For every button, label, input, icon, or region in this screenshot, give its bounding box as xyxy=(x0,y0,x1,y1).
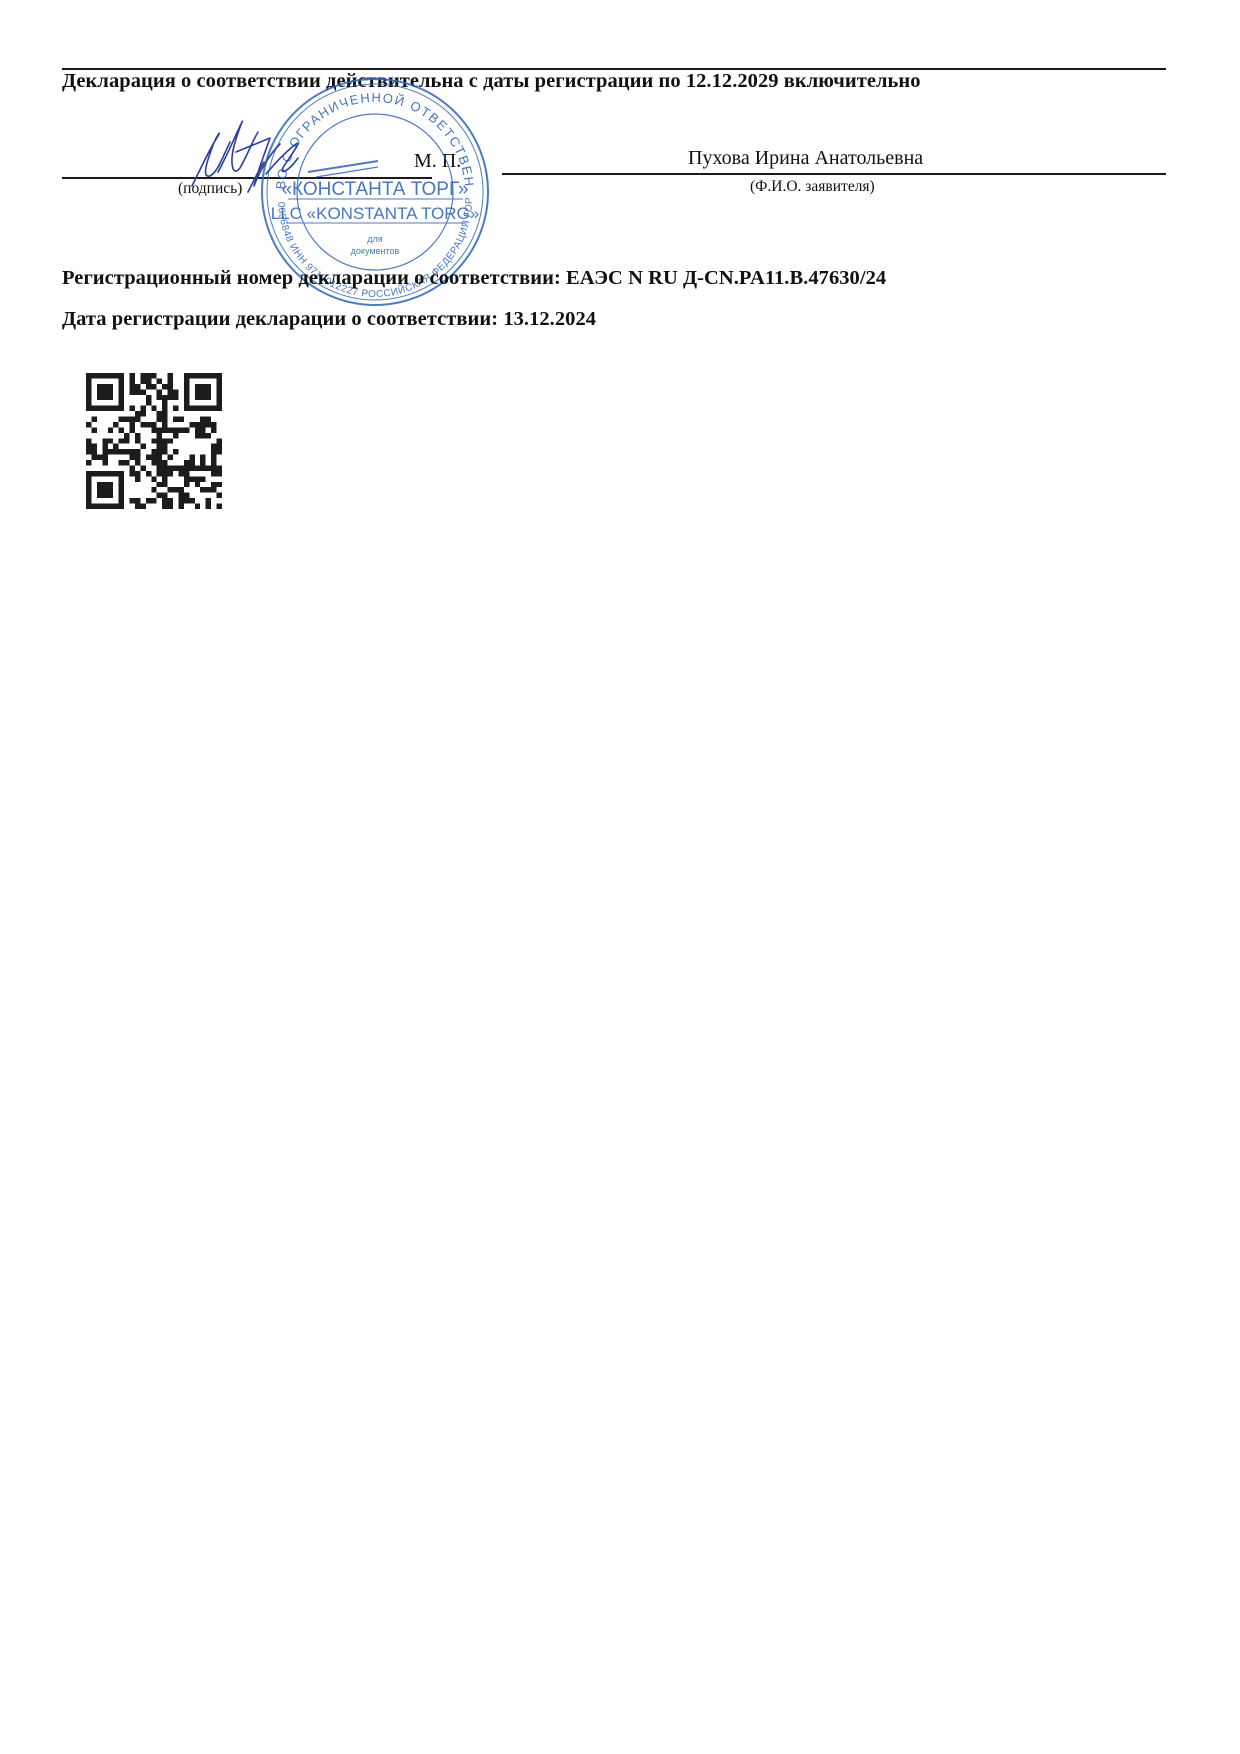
applicant-caption: (Ф.И.О. заявителя) xyxy=(750,178,875,196)
registration-date-value: 13.12.2024 xyxy=(503,308,596,330)
registration-date-label: Дата регистрации декларации о соответств… xyxy=(62,308,498,330)
registration-number-label: Регистрационный номер декларации о соотв… xyxy=(62,267,561,289)
registration-number-row: Регистрационный номер декларации о соотв… xyxy=(62,267,886,290)
qr-code-icon xyxy=(86,373,222,509)
registration-number-value: ЕАЭС N RU Д-CN.PA11.B.47630/24 xyxy=(566,267,886,289)
applicant-name-line xyxy=(502,173,1166,175)
registration-date-row: Дата регистрации декларации о соответств… xyxy=(62,308,596,331)
handwritten-signature xyxy=(188,114,318,194)
applicant-name: Пухова Ирина Анатольевна xyxy=(688,147,923,170)
svg-text:LLC «KONSTANTA TORG»: LLC «KONSTANTA TORG» xyxy=(271,204,479,223)
svg-text:для: для xyxy=(367,234,383,244)
svg-text:документов: документов xyxy=(351,246,400,256)
